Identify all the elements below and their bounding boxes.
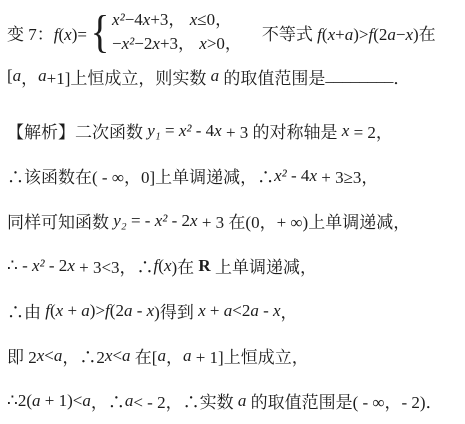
- text-run: ．: [393, 64, 410, 89]
- solution-line: ∴由 f(x + a)>f(2a - x)得到 x + a<2a - x，: [7, 288, 458, 333]
- text-run: + 3≥3，: [317, 163, 378, 188]
- text-run: 即 2: [7, 343, 37, 368]
- text-run: x: [190, 211, 198, 231]
- text-run: < - 2，∴实数: [133, 388, 238, 413]
- text-run: +: [63, 301, 81, 321]
- text-run: (2: [373, 25, 387, 44]
- solution-section: 【解析】二次函数 y₁ = x² - 4x + 3 的对称轴是 x = 2，∴该…: [7, 108, 458, 423]
- text-run: y₂: [113, 211, 126, 231]
- text-run: x²: [274, 166, 287, 186]
- text-run: x: [147, 301, 155, 321]
- text-run: ，∴: [91, 388, 125, 413]
- piecewise-brace: {: [91, 8, 110, 56]
- text-run: x²: [32, 256, 45, 276]
- solution-line: 【解析】二次函数 y₁ = x² - 4x + 3 的对称轴是 x = 2，: [7, 108, 458, 153]
- text-run: + 3 在(0，+ ∞)上单调递减，: [198, 208, 411, 233]
- text-run: x²: [179, 121, 192, 141]
- text-run: 【解析】二次函数: [7, 118, 147, 143]
- text-run: )>: [353, 25, 368, 44]
- text-run: 变 7：: [7, 25, 54, 44]
- text-run: a: [250, 301, 259, 321]
- text-run: ∴由: [7, 298, 45, 323]
- text-run: 同样可知函数: [7, 208, 113, 233]
- text-run: <: [44, 346, 54, 366]
- text-run: + 3<3，∴: [75, 253, 154, 278]
- text-run: a: [32, 391, 41, 411]
- text-run: 上单调递减，: [211, 253, 317, 278]
- text-run: ，∴2: [62, 343, 105, 368]
- text-run: a: [82, 391, 91, 411]
- text-run: x: [164, 256, 172, 276]
- text-run: −4: [125, 10, 143, 29]
- text-run: x: [56, 301, 64, 321]
- text-run: 在[: [131, 343, 158, 368]
- text-run: a: [157, 346, 166, 366]
- text-run: x: [198, 301, 206, 321]
- text-run: x: [37, 346, 45, 366]
- text-run: +: [335, 25, 345, 44]
- text-run: +1]上恒成立，则实数: [47, 64, 211, 89]
- text-run: - 4: [287, 166, 310, 186]
- text-run: = 2，: [349, 118, 393, 143]
- text-run: x: [199, 34, 207, 53]
- solution-line: 同样可知函数 y₂ = - x² - 2x + 3 在(0，+ ∞)上单调递减，: [7, 198, 458, 243]
- text-run: ，: [281, 298, 298, 323]
- problem-statement-line1: 变 7：f(x)= { x²−4x+3， x≤0， −x²−2x+3， x>0，…: [7, 4, 458, 60]
- text-run: ________: [325, 66, 393, 86]
- text-run: - 2: [45, 256, 68, 276]
- text-run: −2: [134, 34, 152, 53]
- text-run: a: [211, 66, 220, 86]
- text-run: ，: [166, 343, 183, 368]
- text-run: -: [259, 301, 273, 321]
- math-document: 变 7：f(x)= { x²−4x+3， x≤0， −x²−2x+3， x>0，…: [0, 0, 465, 423]
- problem-statement-line2: [a，a+1]上恒成立，则实数 a 的取值范围是________．: [7, 60, 458, 92]
- text-run: a: [13, 66, 22, 86]
- text-run: a: [224, 301, 233, 321]
- text-run: a: [125, 391, 134, 411]
- text-run: 不等式: [262, 25, 317, 44]
- text-run: - 2: [167, 211, 190, 231]
- text-run: + 1)<: [40, 391, 82, 411]
- text-run: + 1]上恒成立，: [191, 343, 308, 368]
- solution-line: ∴2(a + 1)<a，∴a< - 2，∴实数 a 的取值范围是( - ∞，- …: [7, 378, 458, 423]
- text-run: x: [328, 25, 336, 44]
- text-run: )在: [172, 253, 199, 278]
- text-run: )>: [90, 301, 105, 321]
- text-run: y₁: [147, 121, 160, 141]
- text-run: )得到: [154, 298, 198, 323]
- text-run: + 3 的对称轴是: [222, 118, 342, 143]
- text-run: <: [112, 346, 122, 366]
- text-run: ∴该函数在( - ∞，0]上单调递减，∴: [7, 163, 274, 188]
- text-run: ∴2(: [7, 391, 32, 411]
- text-run: ，: [21, 64, 38, 89]
- text-run: x: [105, 346, 113, 366]
- text-run: )在: [413, 25, 436, 44]
- text-run: 的取值范围是( - ∞，- 2)．: [246, 388, 442, 413]
- text-run: x²: [155, 211, 168, 231]
- text-run: <2: [232, 301, 250, 321]
- piecewise-case-bottom: −x²−2x+3， x>0，: [112, 32, 242, 56]
- text-run: x: [405, 25, 413, 44]
- text-run: x: [214, 121, 222, 141]
- text-run: a: [81, 301, 90, 321]
- text-run: )=: [72, 25, 87, 44]
- solution-line: 即 2x<a，∴2x<a 在[a，a + 1]上恒成立，: [7, 333, 458, 378]
- problem-condition: 不等式 f(x+a)>f(2a−x)在: [262, 20, 436, 45]
- piecewise-cases: x²−4x+3， x≤0， −x²−2x+3， x>0，: [112, 8, 242, 56]
- text-run: x: [309, 166, 317, 186]
- text-run: 的取值范围是: [219, 64, 325, 89]
- text-run: x: [273, 301, 281, 321]
- text-run: -: [132, 301, 146, 321]
- text-run: - 4: [191, 121, 214, 141]
- text-run: a: [124, 301, 133, 321]
- text-run: x²: [112, 10, 125, 29]
- text-run: ≤0，: [197, 10, 232, 29]
- text-run: a: [183, 346, 192, 366]
- text-run: x: [64, 25, 72, 44]
- text-run: a: [387, 25, 396, 44]
- text-run: a: [345, 25, 354, 44]
- text-run: x: [67, 256, 75, 276]
- text-run: a: [38, 66, 47, 86]
- text-run: =: [161, 121, 179, 141]
- text-run: ∴ -: [7, 256, 32, 276]
- text-run: +3，: [160, 34, 199, 53]
- text-run: x: [342, 121, 350, 141]
- solution-line: ∴该函数在( - ∞，0]上单调递减，∴x² - 4x + 3≥3，: [7, 153, 458, 198]
- text-run: a: [238, 391, 247, 411]
- text-run: a: [122, 346, 131, 366]
- problem-label: 变 7：f(x)=: [7, 20, 87, 45]
- piecewise-case-top: x²−4x+3， x≤0，: [112, 8, 242, 32]
- text-run: x: [152, 34, 160, 53]
- text-run: a: [54, 346, 63, 366]
- text-run: >0，: [207, 34, 242, 53]
- text-run: = -: [127, 211, 155, 231]
- text-run: +3，: [150, 10, 189, 29]
- text-run: −: [112, 34, 122, 53]
- solution-line: ∴ - x² - 2x + 3<3，∴f(x)在 R 上单调递减，: [7, 243, 458, 288]
- text-run: R: [198, 256, 210, 276]
- text-run: +: [206, 301, 224, 321]
- text-run: x²: [122, 34, 135, 53]
- text-run: (2: [110, 301, 124, 321]
